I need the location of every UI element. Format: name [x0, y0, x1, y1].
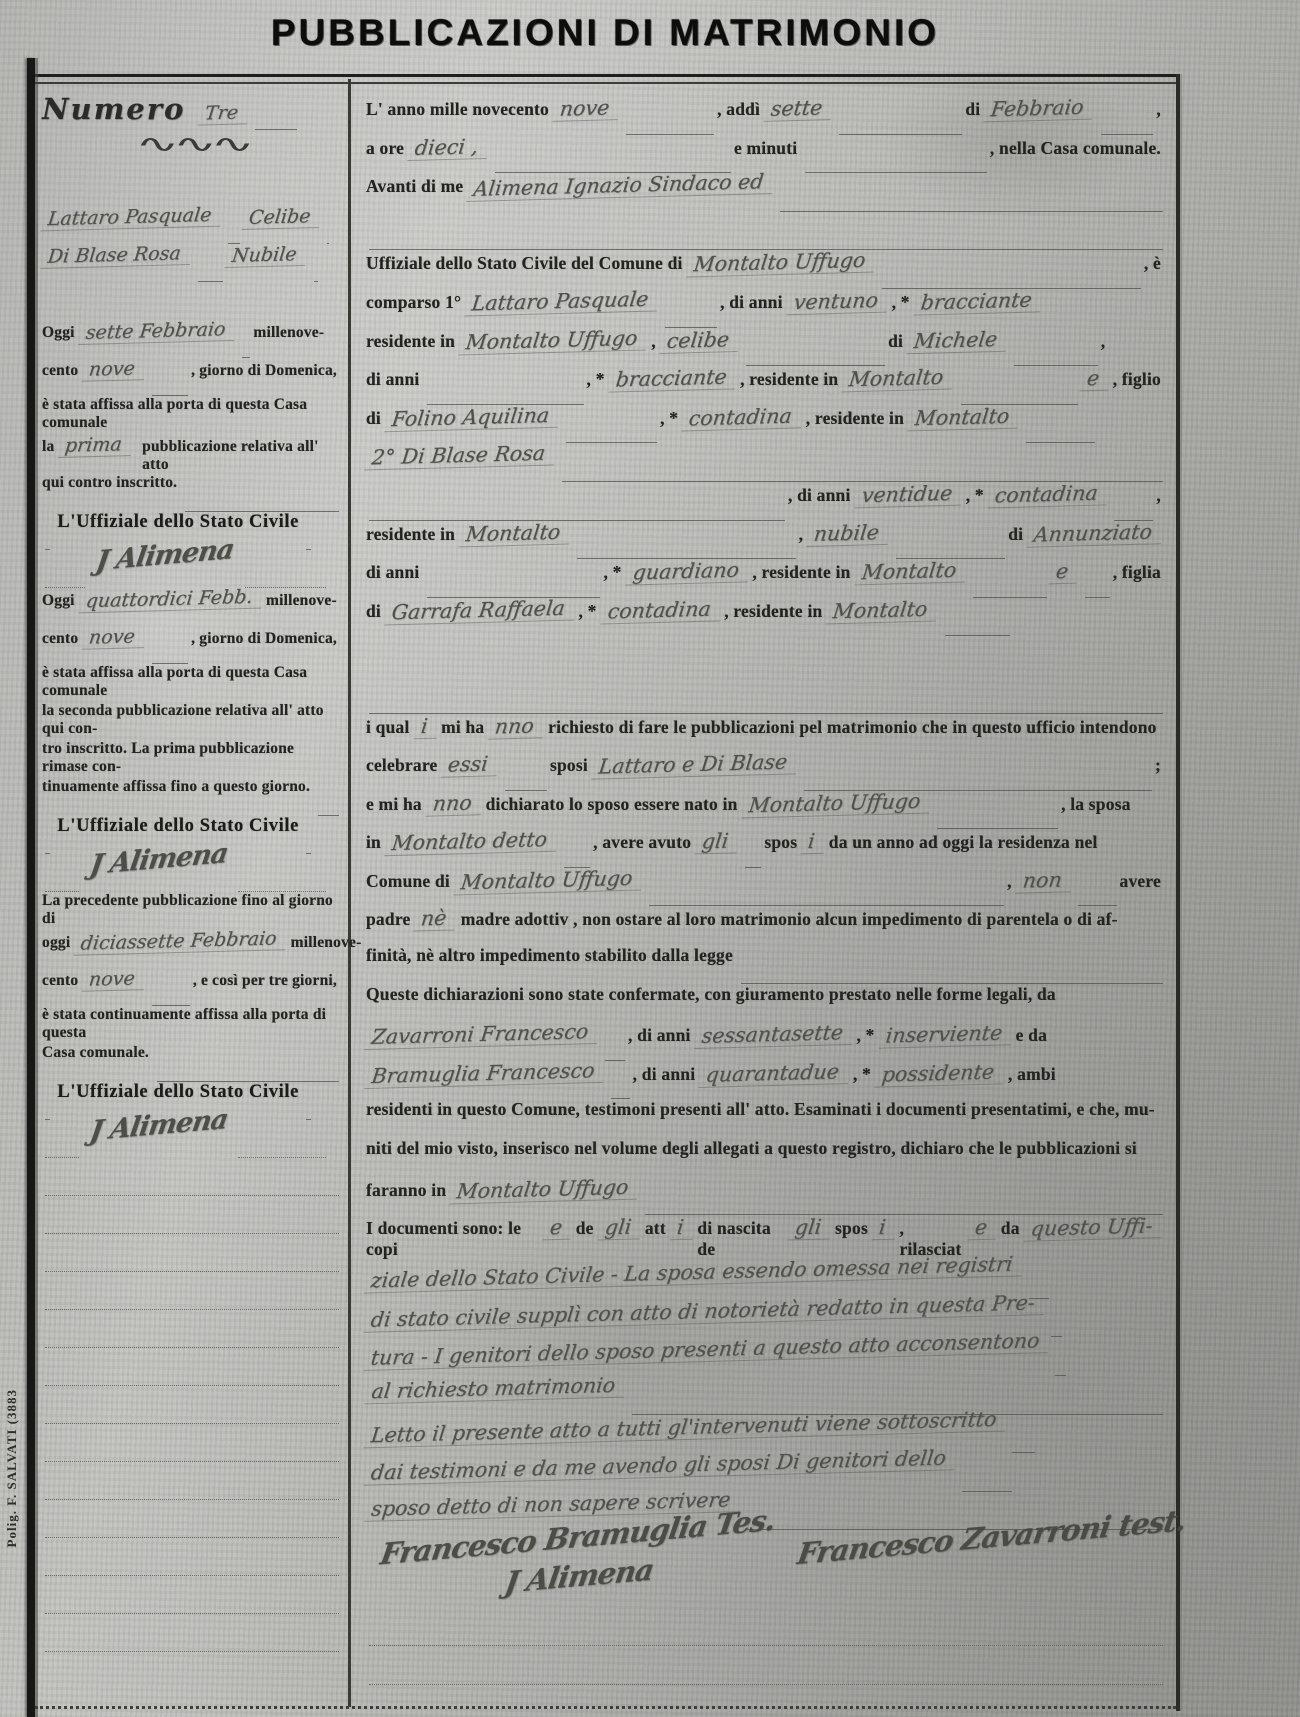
handwritten-entry: nove	[552, 95, 620, 122]
ruled-blank	[1026, 425, 1094, 444]
form-line	[42, 282, 342, 320]
printed-text: niti del mio visto, inserisco nel volume…	[366, 1138, 1137, 1159]
form-line	[366, 1646, 1166, 1685]
printed-text: , la sposa	[1061, 794, 1131, 815]
dotted-blank	[45, 1522, 339, 1539]
handwritten-entry: i	[413, 713, 438, 739]
printed-text: millenove-	[253, 324, 324, 342]
printed-text: Casa comunale.	[42, 1044, 149, 1062]
printed-text: è stata affissa alla porta di questa Cas…	[42, 664, 337, 700]
margin-column: NumeroTre∿∿∿Lattaro PasqualeCelibeDi Bla…	[42, 92, 342, 1652]
column-divider	[348, 79, 351, 1707]
frame-bottom-rule	[35, 1706, 1176, 1709]
ruled-blank	[839, 116, 962, 135]
handwritten-entry: nove	[82, 967, 146, 992]
printed-text: avere	[1120, 871, 1162, 892]
form-line	[42, 1234, 342, 1272]
frame-right-border	[1176, 74, 1180, 1711]
form-line: i qualimi hannorichiesto di fare le pubb…	[366, 714, 1166, 753]
printed-text: I documenti sono: le copi	[366, 1218, 539, 1260]
handwritten-entry: possidente	[874, 1059, 1005, 1087]
handwritten-entry: Montalto	[907, 403, 1020, 431]
form-line: niti del mio visto, inserisco nel volume…	[366, 1138, 1166, 1177]
form-line: L' anno mille novecentonove, addìsettedi…	[366, 96, 1166, 135]
printed-text: , residente in	[752, 562, 850, 583]
form-line: la seconda pubblicazione relativa all' a…	[42, 702, 342, 740]
form-line: è stata affissa alla porta di questa Cas…	[42, 396, 342, 434]
printed-text: in	[366, 832, 381, 853]
printer-imprint: Polig. F. SALVATI (3883	[4, 1389, 20, 1547]
form-line: dai testimoni e da me avendo gli sposi D…	[366, 1453, 1166, 1492]
handwritten-entry: non	[1015, 867, 1073, 893]
printed-text: e da	[1016, 1025, 1047, 1046]
printed-text: , ambi	[1008, 1064, 1056, 1085]
handwritten-entry: i	[871, 1215, 896, 1241]
printed-text: Oggi	[42, 592, 75, 610]
form-line: Avanti di meAlimena Ignazio Sindaco ed	[366, 173, 1166, 212]
printed-text: la	[42, 438, 54, 456]
printed-text: cento	[42, 972, 78, 990]
printed-text: pubblicazione relativa all' atto	[142, 438, 337, 474]
ruled-blank	[962, 1473, 1012, 1492]
printed-text: è stata affissa alla porta di questa Cas…	[42, 396, 337, 432]
form-line	[42, 1424, 342, 1462]
printed-text: da un anno ad oggi la residenza nel	[829, 832, 1098, 853]
frame-left-border	[27, 58, 35, 1717]
form-line: è stata continuamente affissa alla porta…	[42, 1006, 342, 1044]
flourish-icon: ∿∿∿	[136, 130, 249, 159]
official-heading: L'Uffiziale dello Stato Civile	[53, 1082, 303, 1103]
printed-text: Queste dichiarazioni sono state conferma…	[366, 984, 1056, 1005]
form-line: Letto il presente atto a tutti gl'interv…	[366, 1415, 1166, 1454]
form-line: padrenèmadre adottiv , non ostare al lor…	[366, 906, 1166, 945]
form-line	[42, 1310, 342, 1348]
printed-text: a ore	[366, 138, 404, 159]
form-line	[42, 1538, 342, 1576]
printed-text: di	[965, 99, 980, 120]
printed-text: att	[645, 1218, 666, 1239]
printed-text: spos	[835, 1218, 868, 1239]
form-line: centonove, e così per tre giorni,	[42, 968, 342, 1006]
ruled-blank	[152, 990, 190, 1007]
handwritten-entry: Montalto	[458, 519, 571, 547]
ruled-blank	[306, 838, 311, 855]
form-line: La precedente pubblicazione fino al gior…	[42, 892, 342, 930]
handwritten-entry: nubile	[807, 519, 891, 546]
printed-text: , giorno di Domenica,	[191, 630, 337, 648]
frame-top-rule	[30, 74, 1180, 84]
printed-text: i qual	[366, 717, 410, 738]
ruled-blank	[1085, 579, 1110, 598]
printed-text: , residente in	[724, 601, 822, 622]
ruled-blank	[945, 618, 1011, 637]
form-line: J Alimena	[42, 854, 342, 892]
dotted-blank	[45, 572, 85, 589]
spacer	[369, 1590, 494, 1608]
handwritten-entry: celibe	[659, 327, 740, 354]
printed-text: , di anni	[720, 292, 783, 313]
printed-text: , avere avuto	[593, 832, 691, 853]
dotted-blank	[45, 876, 79, 893]
spacer	[664, 1590, 1163, 1608]
printed-text: , di anni	[788, 485, 851, 506]
ruled-blank	[198, 266, 224, 283]
handwritten-entry: nè	[414, 906, 458, 932]
dotted-blank	[238, 1142, 325, 1159]
ruled-blank	[626, 116, 714, 135]
numero-label: Numero	[42, 92, 185, 126]
printed-text: , *	[856, 1025, 874, 1046]
printed-text: , *	[660, 408, 678, 429]
printed-text: , di anni	[628, 1025, 691, 1046]
form-line	[42, 1386, 342, 1424]
printed-text: , residente in	[740, 369, 838, 390]
dotted-blank	[45, 1332, 339, 1349]
printed-text: , *	[579, 601, 597, 622]
ruled-blank	[741, 965, 1163, 984]
handwritten-entry: contadina	[600, 596, 722, 624]
form-line: di anni, *bracciante, residente inMontal…	[366, 366, 1166, 405]
form-line: Uffiziale dello Stato Civile del Comune …	[366, 250, 1166, 289]
form-line: faranno inMontalto Uffugo	[366, 1177, 1166, 1216]
form-line: diFolino Aquilina, *contadina, residente…	[366, 405, 1166, 444]
printed-text: sposi	[550, 755, 588, 776]
form-line: Francesco Bramuglia Tes.Francesco Zavarr…	[366, 1530, 1166, 1569]
handwritten-entry: sessantasette	[694, 1020, 854, 1049]
form-line: diGarrafa Raffaela, *contadina, resident…	[366, 598, 1166, 637]
handwritten-entry: Lattaro e Di Blase	[591, 749, 798, 779]
printed-text: è stata continuamente affissa alla porta…	[42, 1006, 337, 1042]
handwritten-entry: i	[801, 829, 826, 855]
printed-text: L' anno mille novecento	[366, 99, 549, 120]
handwritten-entry: Bramuglia Francesco	[364, 1058, 606, 1089]
printed-text: ;	[1155, 755, 1161, 776]
handwritten-entry: Di Blase Rosa	[40, 242, 192, 269]
printed-text: residente in	[366, 331, 455, 352]
ruled-blank	[1114, 502, 1153, 521]
ruled-blank	[45, 1104, 50, 1121]
printed-text: , nella Casa comunale.	[990, 138, 1161, 159]
ruled-blank	[1051, 1319, 1062, 1338]
form-line	[42, 1158, 342, 1196]
handwritten-entry: bracciante	[913, 287, 1043, 315]
form-line: , di anniventidue, *contadina,	[366, 482, 1166, 521]
form-line: J Alimena	[366, 1569, 1166, 1608]
handwritten-entry: Annunziato	[1027, 519, 1164, 547]
form-line: centonove, giorno di Domenica,	[42, 626, 342, 664]
printed-text: millenove-	[266, 592, 337, 610]
handwritten-entry: e	[1079, 366, 1110, 392]
ruled-blank	[255, 114, 297, 131]
ruled-blank	[306, 534, 311, 551]
handwritten-entry: e	[967, 1215, 998, 1241]
printed-text: Oggi	[42, 324, 75, 342]
handwritten-entry: ventidue	[854, 481, 963, 509]
handwritten-entry: contadina	[682, 403, 804, 431]
dotted-blank	[369, 1666, 1163, 1685]
handwritten-entry: Michele	[906, 326, 1008, 354]
printed-text: tro inscritto. La prima pubblicazione ri…	[42, 740, 337, 776]
form-line: di anni, *guardiano, residente inMontalt…	[366, 559, 1166, 598]
handwritten-entry: Montalto	[826, 596, 939, 624]
form-line: tro inscritto. La prima pubblicazione ri…	[42, 740, 342, 778]
ruled-blank	[1012, 1435, 1035, 1454]
ruled-blank	[369, 232, 1163, 251]
printed-text: de	[576, 1218, 594, 1239]
ruled-blank	[228, 228, 240, 245]
handwritten-entry: questo Uffi-	[1023, 1213, 1164, 1242]
handwritten-entry: gli	[597, 1215, 642, 1241]
form-line: NumeroTre	[42, 92, 342, 130]
form-line	[42, 1272, 342, 1310]
dotted-blank	[45, 1446, 339, 1463]
handwritten-entry: Alimena Ignazio Sindaco ed	[466, 169, 775, 202]
printed-text: , *	[603, 562, 621, 583]
ruled-blank	[157, 1066, 339, 1083]
printed-text: da	[1001, 1218, 1020, 1239]
form-line	[42, 1576, 342, 1614]
handwritten-entry: Montalto Uffugo	[458, 325, 649, 355]
printed-text: , figlia	[1113, 562, 1161, 583]
handwritten-entry: nno	[488, 713, 546, 739]
printed-text: Avanti di me	[366, 176, 463, 197]
handwritten-entry: Lattaro Pasquale	[40, 204, 222, 232]
ruled-blank	[745, 849, 761, 868]
handwritten-entry: guardiano	[625, 558, 750, 586]
form-line: finità, nè altro impedimento stabilito d…	[366, 945, 1166, 984]
handwritten-entry: Montalto	[854, 558, 967, 586]
official-heading: L'Uffiziale dello Stato Civile	[53, 816, 303, 837]
printed-text: Comune di	[366, 871, 450, 892]
ruled-blank	[45, 534, 50, 551]
ruled-blank	[369, 695, 1163, 714]
printed-text: , figlio	[1113, 369, 1161, 390]
printed-text: millenove-	[291, 934, 362, 952]
form-line: J Alimena	[42, 550, 342, 588]
handwritten-entry: quarantadue	[699, 1059, 851, 1088]
handwritten-entry: ventuno	[786, 288, 889, 316]
ruled-blank	[1101, 116, 1154, 135]
form-line: Zavarroni Francesco, di annisessantasett…	[366, 1022, 1166, 1061]
printed-text: e mi ha	[366, 794, 422, 815]
dotted-blank	[45, 1256, 339, 1273]
ruled-blank	[804, 772, 1152, 791]
ruled-blank	[746, 348, 885, 367]
handwritten-entry: inserviente	[878, 1021, 1013, 1049]
handwritten-entry: i	[669, 1215, 694, 1241]
handwritten-entry: Febbraio	[984, 95, 1096, 123]
spacer	[45, 305, 339, 321]
ruled-blank	[577, 541, 795, 560]
printed-text: finità, nè altro impedimento stabilito d…	[366, 945, 733, 966]
printed-text: , residente in	[806, 408, 904, 429]
handwritten-entry: essi	[441, 751, 500, 777]
printed-text: ,	[1156, 485, 1161, 506]
form-line: Bramuglia Francesco, di anniquarantadue,…	[366, 1061, 1166, 1100]
form-line: celebrareessisposiLattaro e Di Blase;	[366, 752, 1166, 791]
form-line: al richiesto matrimonio	[366, 1376, 1166, 1415]
printed-text: , *	[853, 1064, 871, 1085]
ruled-blank	[882, 270, 1141, 289]
handwritten-entry: contadina	[987, 480, 1109, 508]
printed-text: spos	[764, 832, 797, 853]
ruled-blank	[1014, 348, 1098, 367]
printed-text: , *	[587, 369, 605, 390]
ruled-blank	[152, 648, 188, 665]
dotted-blank	[45, 1408, 339, 1425]
ruled-blank	[562, 463, 1163, 482]
form-line: Comune diMontalto Uffugo,nonavere	[366, 868, 1166, 907]
ruled-blank	[564, 849, 590, 868]
handwritten-entry: Montalto	[842, 365, 955, 393]
printed-text: di	[888, 331, 903, 352]
handwritten-entry: Montalto Uffugo	[453, 865, 644, 895]
form-line	[42, 1614, 342, 1652]
ruled-blank	[1078, 888, 1116, 907]
printed-text: di nascita de	[697, 1218, 783, 1260]
form-line: I documenti sono: le copiedegliattidi na…	[366, 1215, 1166, 1260]
form-line: Lattaro PasqualeCelibe	[42, 206, 342, 244]
printed-text: faranno in	[366, 1180, 446, 1201]
ruled-blank	[611, 1081, 630, 1100]
ruled-blank	[937, 811, 1058, 830]
scanned-document-page: PUBBLICAZIONI DI MATRIMONIO Polig. F. SA…	[0, 0, 1300, 1717]
ruled-blank	[1055, 1358, 1066, 1377]
dotted-blank	[45, 1370, 339, 1387]
printed-text: di	[366, 408, 381, 429]
handwritten-entry: e	[542, 1215, 573, 1241]
printed-text: cento	[42, 630, 78, 648]
printed-text: residente in	[366, 524, 455, 545]
printed-text: cento	[42, 362, 78, 380]
handwritten-entry: sette Febbraio	[78, 318, 236, 345]
dotted-blank	[45, 1142, 79, 1159]
dotted-blank	[238, 876, 325, 893]
dotted-blank	[45, 1636, 339, 1653]
form-line: residente inMontalto Uffugo,celibediMich…	[366, 328, 1166, 367]
form-line: residente inMontalto,nubilediAnnunziato	[366, 521, 1166, 560]
form-line: inMontalto detto, avere avutoglisposida …	[366, 829, 1166, 868]
handwritten-entry: Montalto Uffugo	[686, 248, 877, 278]
printed-text: ,	[799, 524, 804, 545]
printed-text: , *	[892, 292, 910, 313]
ruled-blank	[318, 800, 339, 817]
act-body-column: L' anno mille novecentonove, addìsettedi…	[366, 96, 1166, 1685]
handwritten-entry: gli	[787, 1215, 832, 1241]
handwritten-entry: Nubile	[225, 243, 308, 268]
handwritten-entry: Folino Aquilina	[384, 402, 560, 432]
printed-text: ,	[1101, 331, 1106, 352]
ruled-blank	[505, 772, 547, 791]
ruled-blank	[805, 155, 987, 174]
printed-text: di	[366, 601, 381, 622]
ruled-blank	[649, 888, 1004, 907]
printed-text: Uffiziale dello Stato Civile del Comune …	[366, 253, 683, 274]
ruled-blank	[185, 496, 339, 513]
dotted-blank	[45, 1180, 339, 1197]
printed-text: ,	[1007, 871, 1012, 892]
form-line: Oggisette Febbraiomillenove-	[42, 320, 342, 358]
printed-text: , addì	[717, 99, 760, 120]
form-line	[366, 636, 1166, 675]
form-line	[42, 1500, 342, 1538]
printed-text: La precedente pubblicazione fino al gior…	[42, 892, 337, 928]
form-line	[42, 168, 342, 206]
printed-text: qui contro inscritto.	[42, 474, 177, 492]
printed-text: comparso 1°	[366, 292, 461, 313]
ruled-blank	[973, 579, 1047, 598]
printed-text: residenti in questo Comune, testimoni pr…	[366, 1099, 1155, 1120]
printed-text: la seconda pubblicazione relativa all' a…	[42, 702, 337, 738]
handwritten-entry: quattordici Febb.	[78, 586, 264, 614]
printed-text: , e così per tre giorni,	[193, 972, 337, 990]
printed-text: di anni	[366, 369, 419, 390]
handwritten-entry: Montalto detto	[384, 827, 558, 856]
ruled-blank	[45, 838, 50, 855]
dotted-blank	[45, 1218, 339, 1235]
printed-text: , giorno di Domenica,	[191, 362, 337, 380]
handwritten-entry: Montalto Uffugo	[450, 1174, 641, 1204]
printed-text: tinuamente affissa fino a questo giorno.	[42, 778, 310, 796]
form-line: tinuamente affissa fino a questo giorno.	[42, 778, 342, 816]
ruled-blank	[327, 228, 329, 245]
form-line: J Alimena	[42, 1120, 342, 1158]
ruled-blank	[961, 386, 1078, 405]
form-line: e mi hannodichiarato lo sposo essere nat…	[366, 791, 1166, 830]
form-line: ziale dello Stato Civile - La sposa esse…	[366, 1260, 1166, 1299]
printed-text: padre	[366, 909, 410, 930]
form-line: 2° Di Blase Rosa	[366, 443, 1166, 482]
form-line	[366, 1608, 1166, 1647]
handwritten-entry: diciassette Febbraio	[74, 927, 289, 956]
dotted-blank	[45, 1294, 339, 1311]
printed-text: e minuti	[734, 138, 797, 159]
printed-text: di anni	[366, 562, 419, 583]
dotted-blank	[45, 1560, 339, 1577]
ruled-blank	[152, 380, 188, 397]
ruled-blank	[314, 266, 318, 283]
printed-text: richiesto di fare le pubblicazioni pel m…	[548, 717, 1156, 738]
handwritten-entry: bracciante	[608, 365, 738, 393]
ruled-blank	[605, 1042, 625, 1061]
form-line: laprimapubblicazione relativa all' atto	[42, 434, 342, 474]
handwritten-entry: nove	[82, 357, 146, 382]
form-line: qui contro inscritto.	[42, 474, 342, 512]
handwritten-entry: e	[1048, 559, 1079, 585]
form-line: centonove, giorno di Domenica,	[42, 358, 342, 396]
handwritten-entry: nno	[425, 790, 483, 816]
printed-text: , è	[1144, 253, 1161, 274]
form-line: residenti in questo Comune, testimoni pr…	[366, 1099, 1166, 1138]
form-line	[366, 675, 1166, 714]
printed-text: di	[1008, 524, 1023, 545]
printed-text: celebrare	[366, 755, 437, 776]
form-line: Casa comunale.	[42, 1044, 342, 1082]
form-line	[366, 212, 1166, 251]
handwritten-entry: 2° Di Blase Rosa	[364, 441, 556, 471]
handwritten-entry: Tre	[198, 101, 250, 125]
printed-text: mi ha	[441, 717, 484, 738]
form-line	[42, 1348, 342, 1386]
printed-text: , *	[966, 485, 984, 506]
handwritten-entry: prima	[58, 433, 134, 458]
ruled-blank	[566, 425, 657, 444]
form-line: comparso 1°Lattaro Pasquale, di annivent…	[366, 289, 1166, 328]
handwritten-entry: al richiesto matrimonio	[364, 1373, 627, 1405]
form-line	[42, 1196, 342, 1234]
dotted-blank	[45, 1598, 339, 1615]
document-title: PUBBLICAZIONI DI MATRIMONIO	[30, 12, 1180, 54]
